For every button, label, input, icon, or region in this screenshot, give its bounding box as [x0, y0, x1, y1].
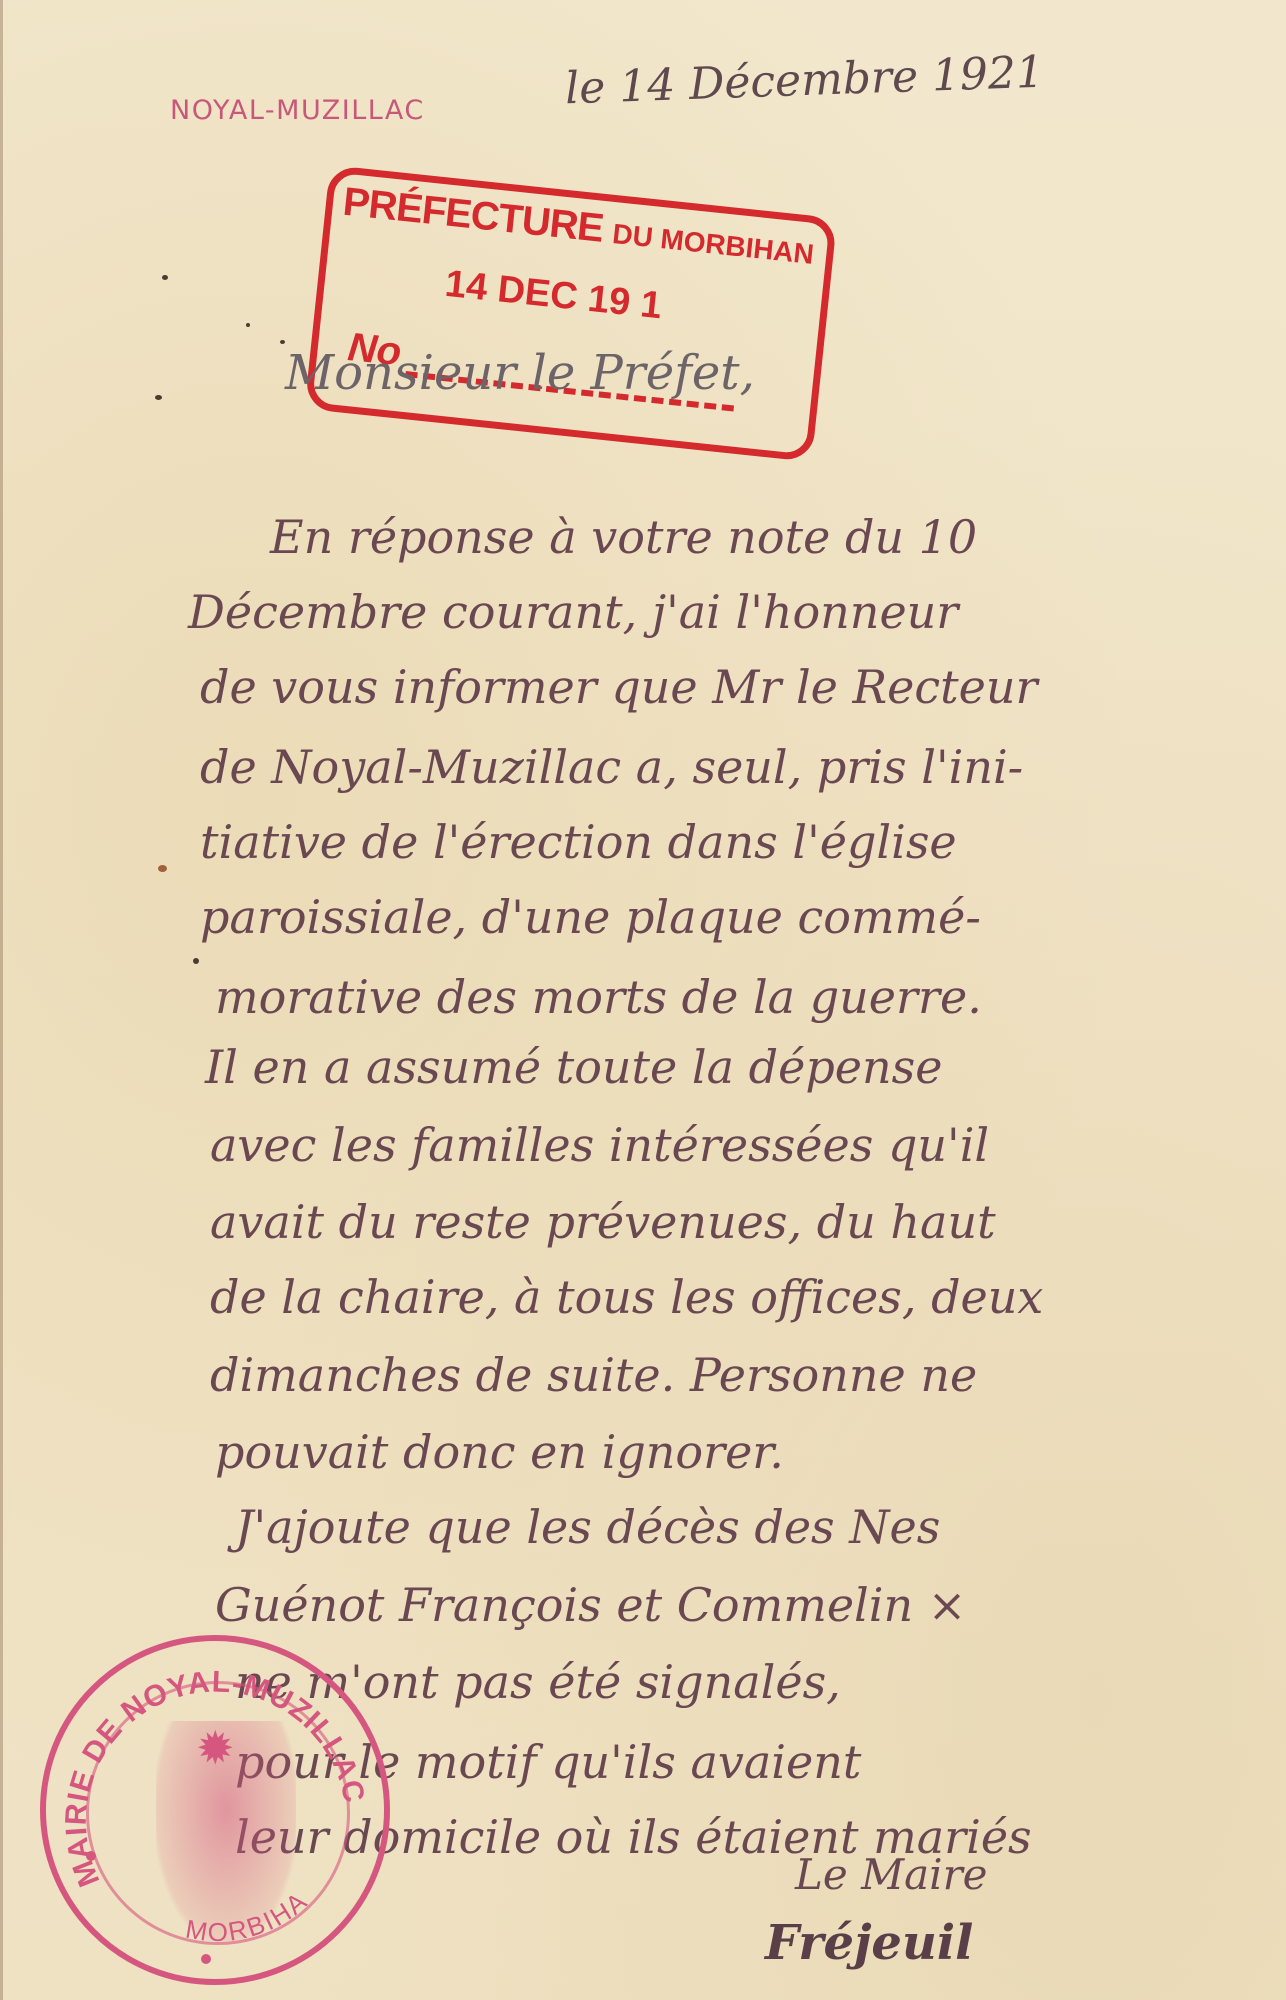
letter-page: NOYAL-MUZILLAC le 14 Décembre 1921 PRÉFE…	[0, 0, 1286, 2000]
body-line: J'ajoute que les décès des Nes	[235, 1500, 940, 1554]
body-line: pouvait donc en ignorer.	[215, 1425, 784, 1479]
svg-text:MAIRIE DE NOYAL-MUZILLAC: MAIRIE DE NOYAL-MUZILLAC	[60, 1665, 371, 1891]
stamp-department-label: DU MORBIHAN	[611, 218, 815, 270]
stamp-prefecture-text: PRÉFECTURE DU MORBIHAN	[341, 180, 817, 274]
mairie-seal: ✹ MAIRIE DE NOYAL-MUZILLAC MORBIHAN	[40, 1635, 390, 1985]
mayor-signature: Fréjeuil	[765, 1915, 973, 1971]
body-line: Il en a assumé toute la dépense	[205, 1040, 942, 1094]
body-line: En réponse à votre note du 10	[270, 510, 977, 564]
body-line: de vous informer que Mr le Recteur	[200, 660, 1037, 714]
body-line: paroissiale, d'une plaque commé-	[200, 890, 981, 944]
body-line: Guénot François et Commelin ×	[215, 1578, 966, 1632]
seal-ring-text: MAIRIE DE NOYAL-MUZILLAC MORBIHAN	[46, 1641, 384, 1979]
body-line: Décembre courant, j'ai l'honneur	[188, 585, 958, 639]
paper-speck	[280, 340, 285, 344]
letter-date: le 14 Décembre 1921	[564, 47, 1044, 115]
body-line: morative des morts de la guerre.	[215, 970, 982, 1024]
closing-title: Le Maire	[795, 1850, 988, 1899]
body-line: de Noyal-Muzillac a, seul, pris l'ini-	[200, 740, 1023, 794]
body-line: tiative de l'érection dans l'église	[200, 815, 957, 869]
page-edge	[0, 0, 3, 2000]
body-line: dimanches de suite. Personne ne	[210, 1348, 977, 1402]
body-line: de la chaire, à tous les offices, deux	[210, 1270, 1043, 1324]
body-line: avec les familles intéressées qu'il	[210, 1118, 989, 1172]
salutation: Monsieur le Préfet,	[285, 345, 755, 401]
body-line: avait du reste prévenues, du haut	[210, 1195, 996, 1249]
paper-speck	[158, 865, 167, 872]
prefecture-received-stamp: PRÉFECTURE DU MORBIHAN 14 DEC 19 1 No	[304, 165, 837, 462]
paper-speck	[193, 958, 199, 964]
paper-speck	[246, 323, 250, 327]
paper-speck	[162, 275, 168, 280]
letterhead-town-name: NOYAL-MUZILLAC	[170, 95, 425, 126]
stamp-prefecture-label: PRÉFECTURE	[341, 180, 605, 251]
paper-speck	[155, 395, 162, 400]
stamp-date: 14 DEC 19 1	[443, 263, 664, 329]
